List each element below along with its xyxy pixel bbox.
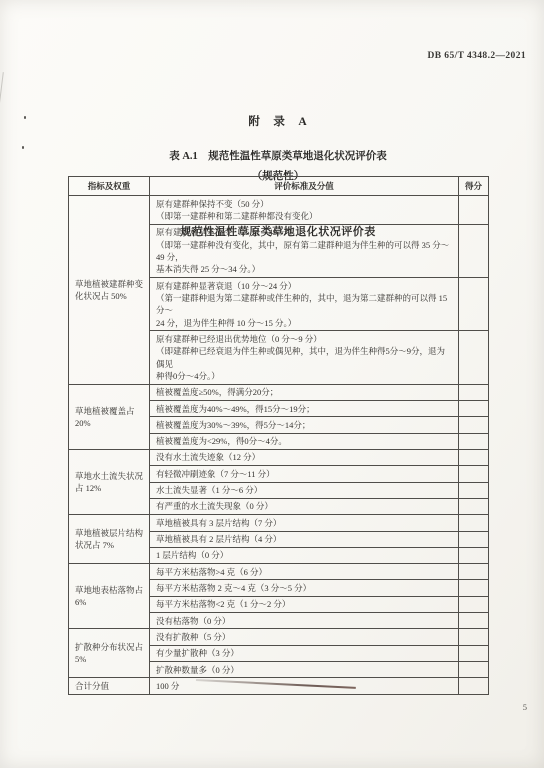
score-cell bbox=[459, 645, 489, 661]
scan-dot-artifact bbox=[24, 116, 26, 119]
score-cell bbox=[459, 498, 489, 514]
score-cell bbox=[459, 564, 489, 580]
score-cell bbox=[459, 596, 489, 612]
criteria-cell: 没有枯落物（0 分） bbox=[150, 613, 459, 629]
evaluation-table: 指标及权重 评价标准及分值 得分 草地植被建群种变化状况占 50% 原有建群种保… bbox=[68, 176, 489, 695]
score-cell bbox=[459, 613, 489, 629]
table-row: 草地植被覆盖占 20% 植被覆盖度≥50%，得满分20分； bbox=[69, 384, 489, 400]
score-cell bbox=[459, 196, 489, 225]
indicator-cell: 草地水土流失状况占 12% bbox=[69, 449, 150, 514]
column-header-score: 得分 bbox=[459, 177, 489, 196]
criteria-cell: 植被覆盖度为30%～39%，得5分～14分； bbox=[150, 417, 459, 433]
criteria-cell: 植被覆盖度为<29%，得0分～4分。 bbox=[150, 433, 459, 449]
score-cell bbox=[459, 482, 489, 498]
table-row: 草地水土流失状况占 12% 没有水土流失迹象（12 分） bbox=[69, 449, 489, 465]
table-row: 扩散种分布状况占 5% 没有扩散种（5 分） bbox=[69, 629, 489, 645]
indicator-cell: 草地植被建群种变化状况占 50% bbox=[69, 196, 150, 384]
indicator-cell: 草地植被覆盖占 20% bbox=[69, 384, 150, 449]
criteria-cell: 原有建群种显著衰退（10 分～24 分） （第一建群种退为第二建群种或伴生种的，… bbox=[150, 278, 459, 331]
criteria-cell: 没有扩散种（5 分） bbox=[150, 629, 459, 645]
criteria-cell: 草地植被具有 3 层片结构（7 分） bbox=[150, 515, 459, 531]
table-caption: 表 A.1 规范性温性草原类草地退化状况评价表 bbox=[68, 148, 488, 163]
score-cell bbox=[459, 547, 489, 563]
score-cell bbox=[459, 678, 489, 694]
column-header-criteria: 评价标准及分值 bbox=[150, 177, 459, 196]
table-row: 草地地表枯落物占 6% 每平方米枯落物>4 克（6 分） bbox=[69, 564, 489, 580]
criteria-cell: 原有建群种保持不变（50 分） （即第一建群种和第二建群种都没有变化） bbox=[150, 196, 459, 225]
score-cell bbox=[459, 384, 489, 400]
criteria-cell: 每平方米枯落物 2 克～4 克（3 分～5 分） bbox=[150, 580, 459, 596]
score-cell bbox=[459, 531, 489, 547]
criteria-cell: 原有建群种基本不变（25 分～49 分） （即第一建群种没有变化，其中，原有第二… bbox=[150, 224, 459, 277]
score-cell bbox=[459, 278, 489, 331]
scan-edge-artifact bbox=[0, 72, 4, 118]
criteria-cell: 草地植被具有 2 层片结构（4 分） bbox=[150, 531, 459, 547]
criteria-cell: 原有建群种已经退出优势地位（0 分～9 分） （即建群种已经衰退为伴生种或偶见种… bbox=[150, 331, 459, 384]
scan-dot-artifact bbox=[22, 146, 24, 149]
criteria-cell: 植被覆盖度≥50%，得满分20分； bbox=[150, 384, 459, 400]
score-cell bbox=[459, 433, 489, 449]
table-row: 草地植被层片结构状况占 7% 草地植被具有 3 层片结构（7 分） bbox=[69, 515, 489, 531]
total-label-cell: 合计分值 bbox=[69, 678, 150, 694]
indicator-cell: 草地地表枯落物占 6% bbox=[69, 564, 150, 629]
score-cell bbox=[459, 515, 489, 531]
score-cell bbox=[459, 580, 489, 596]
table-total-row: 合计分值 100 分 bbox=[69, 678, 489, 694]
indicator-cell: 扩散种分布状况占 5% bbox=[69, 629, 150, 678]
score-cell bbox=[459, 449, 489, 465]
score-cell bbox=[459, 417, 489, 433]
score-cell bbox=[459, 662, 489, 678]
score-cell bbox=[459, 466, 489, 482]
criteria-cell: 扩散种数量多（0 分） bbox=[150, 662, 459, 678]
table-row: 草地植被建群种变化状况占 50% 原有建群种保持不变（50 分） （即第一建群种… bbox=[69, 196, 489, 225]
criteria-cell: 水土流失显著（1 分～6 分） bbox=[150, 482, 459, 498]
indicator-cell: 草地植被层片结构状况占 7% bbox=[69, 515, 150, 564]
score-cell bbox=[459, 629, 489, 645]
score-cell bbox=[459, 401, 489, 417]
criteria-cell: 有严重的水土流失现象（0 分） bbox=[150, 498, 459, 514]
criteria-cell: 每平方米枯落物>4 克（6 分） bbox=[150, 564, 459, 580]
criteria-cell: 1 层片结构（0 分） bbox=[150, 547, 459, 563]
criteria-cell: 有少量扩散种（3 分） bbox=[150, 645, 459, 661]
criteria-cell: 植被覆盖度为40%～49%，得15分～19分； bbox=[150, 401, 459, 417]
page-number: 5 bbox=[523, 702, 527, 712]
criteria-cell: 有轻微冲刷迹象（7 分～11 分） bbox=[150, 466, 459, 482]
score-cell bbox=[459, 331, 489, 384]
column-header-indicator: 指标及权重 bbox=[69, 177, 150, 196]
criteria-cell: 没有水土流失迹象（12 分） bbox=[150, 449, 459, 465]
standard-number: DB 65/T 4348.2—2021 bbox=[428, 51, 526, 61]
score-cell bbox=[459, 224, 489, 277]
criteria-cell: 每平方米枯落物<2 克（1 分～2 分） bbox=[150, 596, 459, 612]
table-header-row: 指标及权重 评价标准及分值 得分 bbox=[69, 177, 489, 196]
appendix-title: 附 录 A bbox=[68, 113, 488, 129]
scanned-document-page: DB 65/T 4348.2—2021 附 录 A （规范性） 规范性温性草原类… bbox=[0, 0, 544, 768]
